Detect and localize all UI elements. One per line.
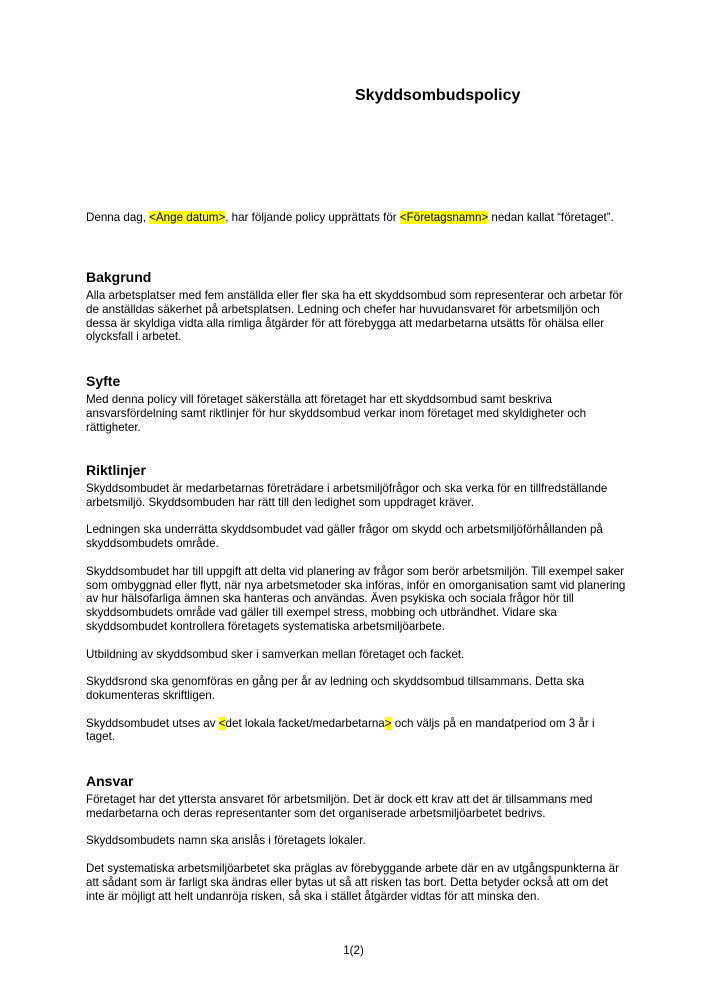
section-paragraph: Skyddsombudet utses av <det lokala facke… xyxy=(86,717,626,745)
placeholder-close-bracket[interactable]: > xyxy=(385,717,392,730)
section-paragraph: Ledningen ska underrätta skyddsombudet v… xyxy=(86,523,626,551)
appointer-placeholder[interactable]: det lokala facket/medarbetarna xyxy=(226,717,385,730)
company-name-placeholder[interactable]: <Företagsnamn> xyxy=(400,211,488,224)
section-paragraph: Det systematiska arbetsmiljöarbetet ska … xyxy=(86,862,626,903)
section-syfte: Syfte Med denna policy vill företaget sä… xyxy=(86,373,626,434)
section-heading: Syfte xyxy=(86,373,626,389)
section-paragraph: Skyddsombudets namn ska anslås i företag… xyxy=(86,834,626,848)
section-paragraph: Skyddsombudet har till uppgift att delta… xyxy=(86,565,626,634)
section-paragraph: Företaget har det yttersta ansvaret för … xyxy=(86,793,626,821)
section-bakgrund: Bakgrund Alla arbetsplatser med fem anst… xyxy=(86,269,626,344)
intro-text: Denna dag, <Ange datum>, har följande po… xyxy=(86,211,626,225)
intro-paragraph: Denna dag, <Ange datum>, har följande po… xyxy=(86,211,626,225)
section-heading: Ansvar xyxy=(86,773,626,789)
section-heading: Riktlinjer xyxy=(86,462,626,478)
section-riktlinjer: Riktlinjer Skyddsombudet är medarbetarna… xyxy=(86,462,626,744)
section-ansvar: Ansvar Företaget har det yttersta ansvar… xyxy=(86,773,626,903)
section-paragraph: Med denna policy vill företaget säkerstä… xyxy=(86,393,626,434)
date-placeholder[interactable]: <Ange datum> xyxy=(149,211,225,224)
section-paragraph: Alla arbetsplatser med fem anställda ell… xyxy=(86,289,626,344)
section-paragraph: Utbildning av skyddsombud sker i samverk… xyxy=(86,648,626,662)
placeholder-open-bracket[interactable]: < xyxy=(219,717,226,730)
document-title: Skyddsombudspolicy xyxy=(355,87,520,105)
document-page: Skyddsombudspolicy Denna dag, <Ange datu… xyxy=(0,0,707,1000)
section-paragraph: Skyddsombudet är medarbetarnas företräda… xyxy=(86,482,626,510)
page-number: 1(2) xyxy=(0,944,707,957)
section-paragraph: Skyddsrond ska genomföras en gång per år… xyxy=(86,675,626,703)
section-heading: Bakgrund xyxy=(86,269,626,285)
